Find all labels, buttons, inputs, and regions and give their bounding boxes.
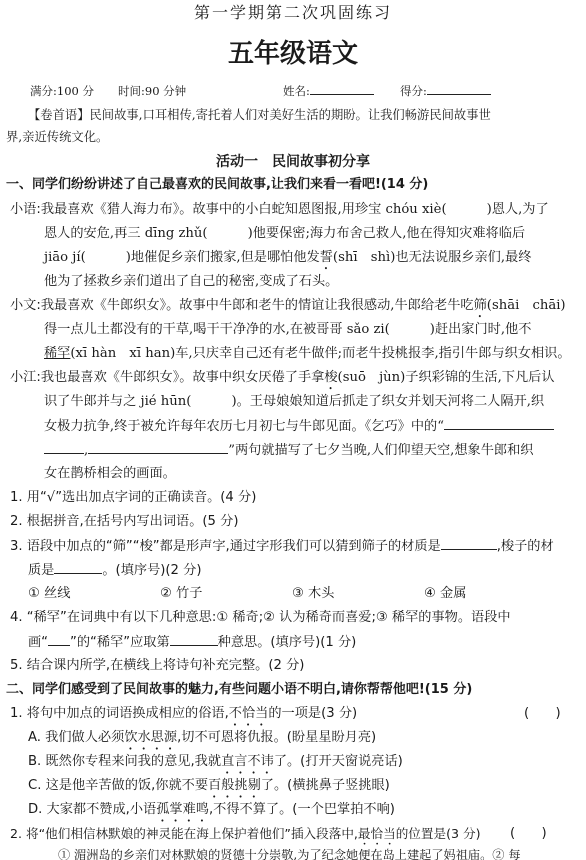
text: ,切不可恩将仇报。(盼星星盼月亮) [177, 730, 376, 745]
answer-blank[interactable] [54, 561, 102, 574]
section-1-heading: 一、同学们纷纷讲述了自己最喜欢的民间故事,让我们来看一看吧!(14 分) [6, 176, 428, 194]
text: ”两句就描写了七夕当晚,人们仰望天空,想象牛郎和织 [228, 443, 533, 458]
exam-title: 五年级语文 [0, 38, 586, 70]
question-1-5: 5. 结合课内所学,在横线上将诗句补充完整。(2 分) [10, 657, 304, 675]
answer-blank[interactable] [170, 633, 218, 646]
preface-line-2: 界,亲近传统文化。 [6, 128, 108, 146]
xiaoyu-line-2: 恩人的安危,再三 dīng zhǔ()他要保密;海力布舍己救人,他在得知灾难将临… [44, 225, 525, 243]
preface-line-1: 【卷首语】民间故事,口耳相传,寄托着人们对美好生活的期盼。让我们畅游民间故事世 [28, 106, 491, 124]
xiaoyu-line-4: 他为了拯救乡亲们道出了自己的秘密,变成了石头。 [44, 273, 338, 291]
question-1-3-cont: 质是。(填序号)(2 分) [28, 561, 201, 580]
question-1-2: 2. 根据拼音,在括号内写出词语。(5 分) [10, 513, 238, 531]
speaker-xiaojiang: 小江: [10, 370, 41, 385]
text: 我最喜欢《猎人海力布》。故事中的小白蛇知恩图报,用珍宝 chóu xiè( [41, 202, 447, 217]
section-2-heading: 二、同学们感受到了民间故事的魅力,有些问题小语不明白,请你帮帮他吧!(15 分) [6, 681, 472, 699]
text: (suō jùn)子织彩锦的生活,下凡后认 [338, 370, 555, 385]
text: )恩人,为了 [487, 202, 549, 217]
xiaowen-line-2: 得一点儿土都没有的干草,喝干干净净的水,在被哥哥 sǎo zi()赶出家门时,他… [44, 321, 531, 339]
text: (xī hàn xī han)车,只庆幸自己还有老牛做伴;而老牛投桃报李,指引牛… [70, 346, 570, 361]
text: 女极力抗争,终于被允许每年农历七月初七与牛郎见面。《乞巧》中的“ [44, 419, 444, 434]
text: (shī shì)也无法说服乡亲们,最终 [333, 250, 532, 265]
xiaoyu-line-3: jiāo jí()地催促乡亲们搬家,但是哪怕他发誓(shī shì)也无法说服乡… [44, 249, 531, 273]
dotted-word: 孤掌难鸣 [156, 802, 209, 817]
text: A. 我们做人必须 [28, 730, 124, 745]
option-c[interactable]: C. 这是他辛苦做的饭,你就不要百般挑剔了。(横挑鼻子竖挑眼) [28, 777, 390, 801]
text: 种意思。(填序号)(1 分) [218, 635, 357, 650]
name-blank[interactable] [310, 82, 374, 95]
option-b[interactable]: B. 既然你专程来问我的意见,我就直言不讳了。(打开天窗说亮话) [28, 753, 403, 777]
xiaojiang-line-1: 小江:我也最喜欢《牛郎织女》。故事中织女厌倦了手拿梭(suō jùn)子织彩锦的… [10, 369, 555, 393]
full-score: 满分:100 分 [30, 82, 94, 100]
dotted-word: 百般挑剔 [208, 778, 261, 793]
question-1-3: 3. 语段中加点的“筛”“梭”都是形声字,通过字形我们可以猜到筛子的材质是,梭子… [10, 537, 554, 556]
xiaoyu-line-1: 小语:我最喜欢《猎人海力布》。故事中的小白蛇知恩图报,用珍宝 chóu xiè(… [10, 201, 549, 219]
name-field[interactable]: 姓名: [283, 82, 374, 100]
text: 3. 语段中加点的“筛”“梭”都是形声字,通过字形我们可以猜到筛子的材质是 [10, 539, 441, 554]
answer-paren-2-2[interactable]: ( ) [510, 825, 547, 843]
poem-blank-1[interactable] [444, 417, 554, 430]
score-blank[interactable] [427, 82, 491, 95]
text: )地催促乡亲们搬家,但是哪怕他发 [126, 250, 320, 265]
xiaowen-line-3: 稀罕(xī hàn xī han)车,只庆幸自己还有老牛做伴;而老牛投桃报李,指… [44, 345, 571, 363]
text: (shāi chāi) [487, 298, 566, 313]
poem-blank-1-cont[interactable] [44, 441, 84, 454]
answer-blank[interactable] [48, 633, 70, 646]
name-label: 姓名: [283, 84, 310, 98]
dotted-char: 梭 [324, 370, 337, 385]
text: )他要保密;海力布舍己救人,他在得知灾难将临后 [248, 226, 526, 241]
q3-option-4: ④ 金属 [424, 585, 466, 603]
text: ,不得不算了。(一个巴掌拍不响) [209, 802, 395, 817]
question-1-1: 1. 用“√”选出加点字词的正确读音。(4 分) [10, 489, 256, 507]
text: ,梭子的材 [497, 539, 554, 554]
passage-line-1: ① 湄洲岛的乡亲们对林默娘的贤德十分崇敬,为了纪念她便在岛上建起了妈祖庙。② 每 [58, 846, 521, 860]
text: 我也最喜欢《牛郎织女》。故事中织女厌倦了手拿 [41, 370, 325, 385]
speaker-xiaoyu: 小语: [10, 202, 41, 217]
text: D. 大家都不赞成,小语 [28, 802, 156, 817]
question-2-1: 1. 将句中加点的词语换成相应的俗语,不恰当的一项是(3 分) [10, 705, 357, 729]
dotted-word: 饮水思源 [124, 730, 177, 745]
q3-option-1: ① 丝线 [28, 585, 70, 603]
xiaojiang-line-5: 女在鹊桥相会的画面。 [44, 465, 176, 483]
text: )赶出家门时,他不 [430, 322, 532, 337]
text: 画“ [28, 635, 48, 650]
text: 了。(打开天窗说亮话) [274, 754, 403, 769]
answer-paren-2-1[interactable]: ( ) [524, 705, 561, 723]
q3-option-2: ② 竹子 [160, 585, 202, 603]
xiaowen-line-1: 小文:我最喜欢《牛郎织女》。故事中牛郎和老牛的情谊让我很感动,牛郎给老牛吃筛(s… [10, 297, 566, 321]
option-d[interactable]: D. 大家都不赞成,小语孤掌难鸣,不得不算了。(一个巴掌拍不响) [28, 801, 395, 825]
time-limit: 时间:90 分钟 [118, 82, 186, 100]
question-2-2: 2. 将“他们相信林默娘的神灵能在海上保护着他们”插入段落中,最恰当的位置是(3… [10, 825, 481, 848]
exam-page: 第一学期第二次巩固练习 五年级语文 满分:100 分 时间:90 分钟 姓名: … [0, 0, 586, 860]
speaker-xiaowen: 小文: [10, 298, 41, 313]
option-a[interactable]: A. 我们做人必须饮水思源,切不可恩将仇报。(盼星星盼月亮) [28, 729, 376, 753]
underlined-word: 稀罕 [44, 346, 70, 361]
dotted-word: 不恰当 [229, 706, 269, 721]
question-1-4: 4. “稀罕”在词典中有以下几种意思:① 稀奇;② 认为稀奇而喜爱;③ 稀罕的事… [10, 609, 511, 627]
text: 恩人的安危,再三 dīng zhǔ( [44, 226, 208, 241]
text: jiāo jí( [44, 250, 86, 265]
text: 得一点儿土都没有的干草,喝干干净净的水,在被哥哥 sǎo zi( [44, 322, 390, 337]
text: B. 既然你专程来问我的意见,我就 [28, 754, 221, 769]
text: 质是 [28, 563, 54, 578]
q3-option-3: ③ 木头 [292, 585, 334, 603]
dotted-word: 最恰当 [358, 826, 396, 841]
answer-blank[interactable] [441, 537, 497, 550]
xiaojiang-line-2: 识了牛郎并与之 jié hūn()。王母娘娘知道后抓走了织女并划天河将二人隔开,… [44, 393, 544, 411]
text: ”的“稀罕”应取第 [70, 635, 170, 650]
text: 1. 将句中加点的词语换成相应的俗语, [10, 706, 229, 721]
dotted-word: 直言不讳 [221, 754, 274, 769]
xiaojiang-line-4: ,”两句就描写了七夕当晚,人们仰望天空,想象牛郎和织 [44, 441, 533, 460]
text: 我最喜欢《牛郎织女》。故事中牛郎和老牛的情谊让我很感动,牛郎给老牛吃 [41, 298, 474, 313]
text: 。(填序号)(2 分) [102, 563, 201, 578]
text: 的一项是(3 分) [268, 706, 357, 721]
text: C. 这是他辛苦做的饭,你就不要 [28, 778, 208, 793]
question-1-4-cont: 画“”的“稀罕”应取第种意思。(填序号)(1 分) [28, 633, 356, 652]
score-field[interactable]: 得分: [400, 82, 491, 100]
text: 2. 将“他们相信林默娘的神灵能在海上保护着他们”插入段落中, [10, 826, 358, 841]
dotted-char: 筛 [474, 298, 487, 313]
score-label: 得分: [400, 84, 427, 98]
xiaojiang-line-3: 女极力抗争,终于被允许每年农历七月初七与牛郎见面。《乞巧》中的“ [44, 417, 554, 436]
poem-blank-2[interactable] [88, 441, 228, 454]
text: 识了牛郎并与之 jié hūn( [44, 394, 191, 409]
exam-subtitle: 第一学期第二次巩固练习 [0, 4, 586, 22]
text: )。王母娘娘知道后抓走了织女并划天河将二人隔开,织 [231, 394, 544, 409]
dotted-char: 誓 [320, 250, 333, 265]
activity-1-title: 活动一 民间故事初分享 [0, 153, 586, 171]
text: 了。(横挑鼻子竖挑眼) [261, 778, 390, 793]
text: 的位置是(3 分) [396, 826, 481, 841]
